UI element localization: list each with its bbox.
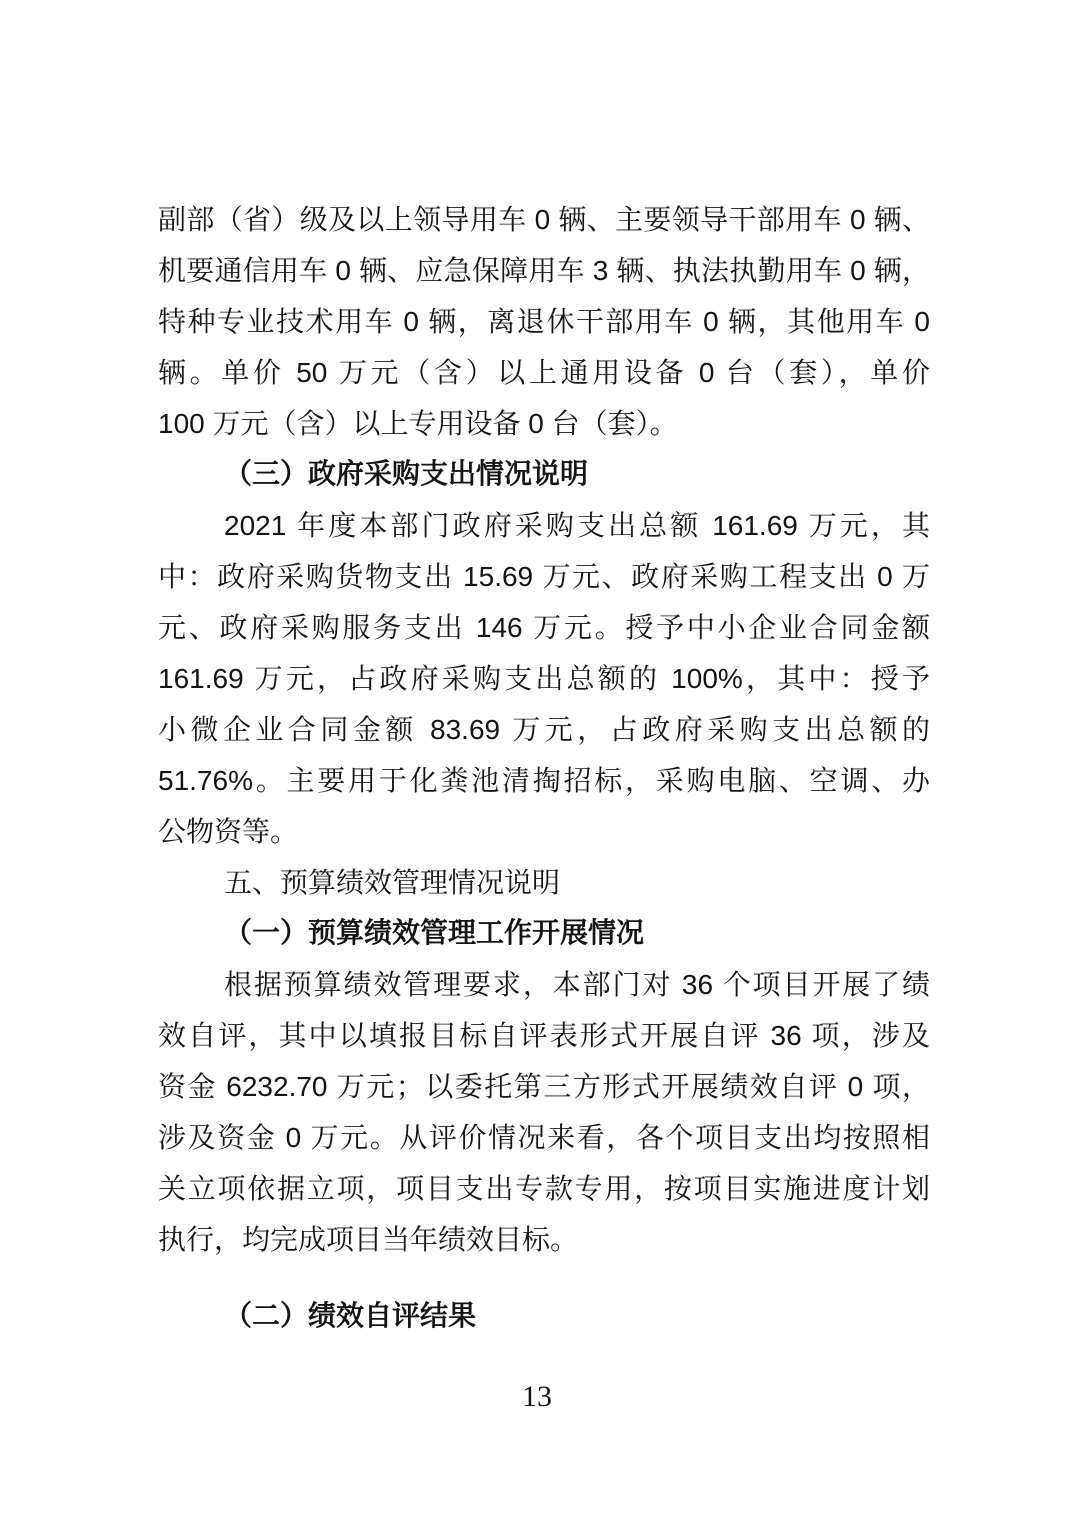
text-line: 51.76%。主要用于化粪池清掏招标，采购电脑、空调、办 bbox=[158, 755, 930, 806]
text-line: 元、政府采购服务支出 146 万元。授予中小企业合同金额 bbox=[158, 602, 930, 653]
page-footer: 13 bbox=[0, 1380, 1074, 1414]
text-line: 小微企业合同金额 83.69 万元，占政府采购支出总额的 bbox=[158, 704, 930, 755]
text-line: 2021 年度本部门政府采购支出总额 161.69 万元，其 bbox=[158, 500, 930, 551]
section-heading-performance-work: （一）预算绩效管理工作开展情况 bbox=[158, 908, 930, 959]
text-line: 资金 6232.70 万元；以委托第三方形式开展绩效自评 0 项， bbox=[158, 1061, 930, 1112]
text-line: 涉及资金 0 万元。从评价情况来看，各个项目支出均按照相 bbox=[158, 1112, 930, 1163]
text-line: 执行，均完成项目当年绩效目标。 bbox=[158, 1214, 930, 1265]
text-line: 中：政府采购货物支出 15.69 万元、政府采购工程支出 0 万 bbox=[158, 551, 930, 602]
text-line: 公物资等。 bbox=[158, 806, 930, 857]
section-heading-self-evaluation: （二）绩效自评结果 bbox=[158, 1291, 930, 1342]
section-heading-performance: 五、预算绩效管理情况说明 bbox=[158, 857, 930, 908]
section-heading-procurement: （三）政府采购支出情况说明 bbox=[158, 449, 930, 500]
text-line: 辆。单价 50 万元（含）以上通用设备 0 台（套），单价 bbox=[158, 347, 930, 398]
document-body: 副部（省）级及以上领导用车 0 辆、主要领导干部用车 0 辆、 机要通信用车 0… bbox=[158, 194, 930, 1342]
text-line: 机要通信用车 0 辆、应急保障用车 3 辆、执法执勤用车 0 辆， bbox=[158, 245, 930, 296]
text-line: 副部（省）级及以上领导用车 0 辆、主要领导干部用车 0 辆、 bbox=[158, 194, 930, 245]
page-number: 13 bbox=[522, 1380, 552, 1413]
text-line: 100 万元（含）以上专用设备 0 台（套）。 bbox=[158, 398, 930, 449]
page: 副部（省）级及以上领导用车 0 辆、主要领导干部用车 0 辆、 机要通信用车 0… bbox=[0, 0, 1074, 1520]
text-line: 效自评，其中以填报目标自评表形式开展自评 36 项，涉及 bbox=[158, 1010, 930, 1061]
text-line: 161.69 万元，占政府采购支出总额的 100%，其中：授予 bbox=[158, 653, 930, 704]
text-line: 关立项依据立项，项目支出专款专用，按项目实施进度计划 bbox=[158, 1163, 930, 1214]
text-line: 根据预算绩效管理要求，本部门对 36 个项目开展了绩 bbox=[158, 959, 930, 1010]
text-line: 特种专业技术用车 0 辆，离退休干部用车 0 辆，其他用车 0 bbox=[158, 296, 930, 347]
